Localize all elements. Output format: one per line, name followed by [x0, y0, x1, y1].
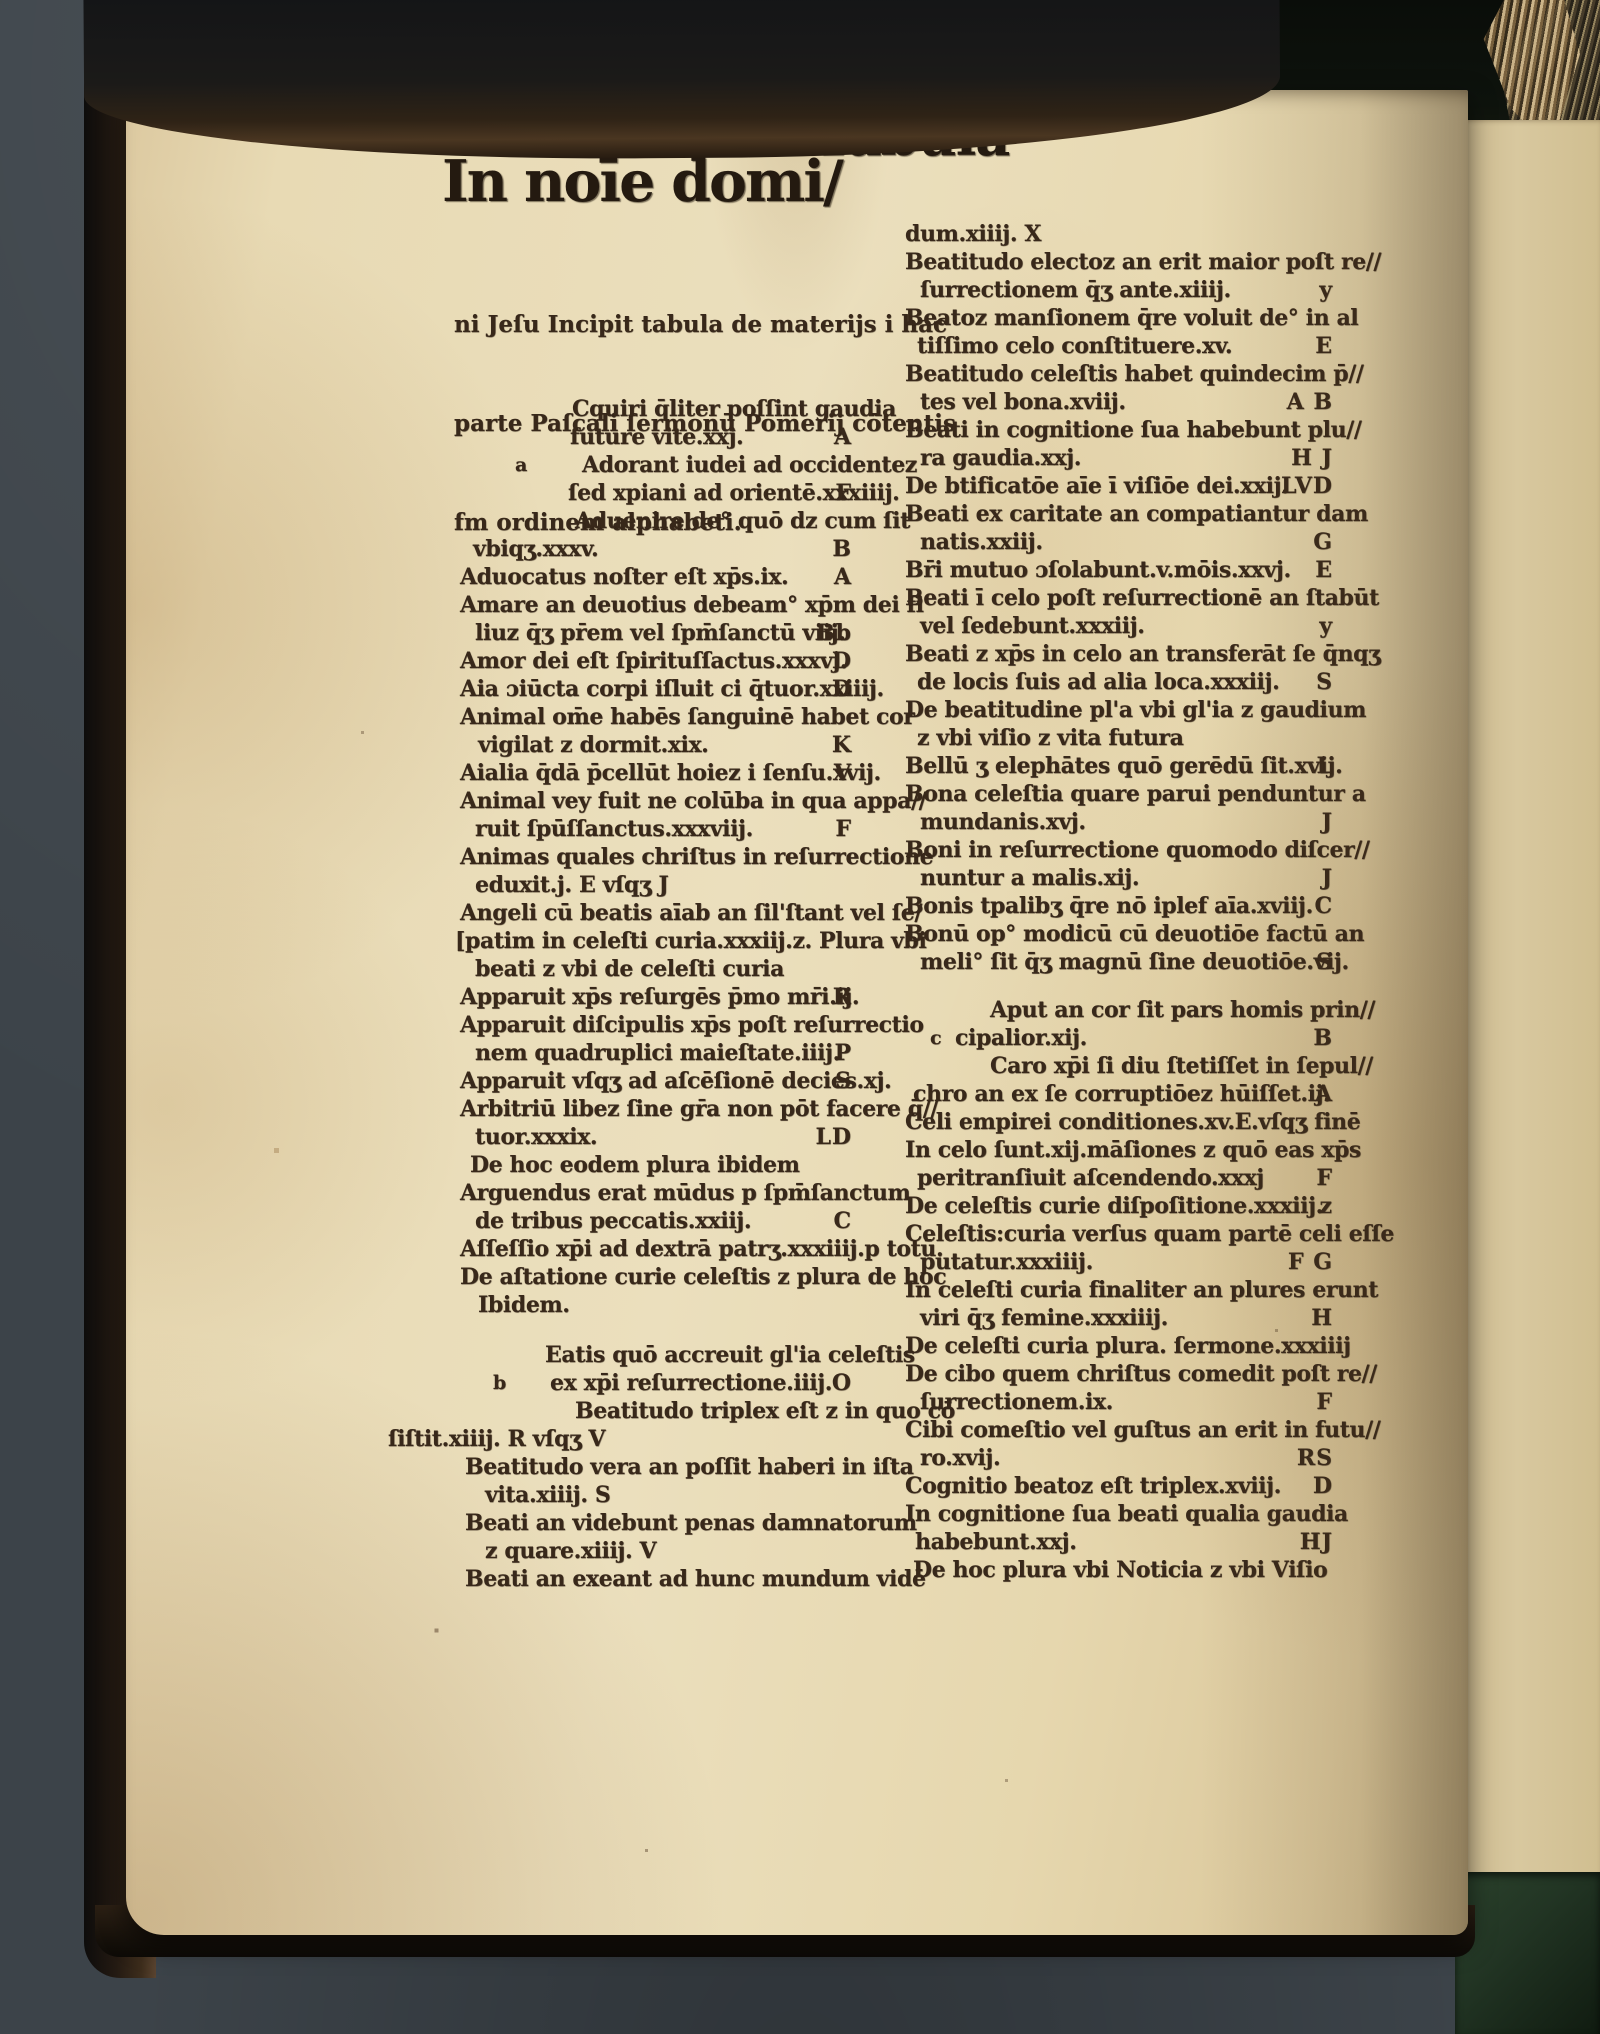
entry-text: Aia ɔiūcta corpi iſluit ci q̄tuor.xxiiij… — [460, 676, 884, 702]
leaf-reference-letter: E — [1315, 333, 1333, 359]
index-entry-line: Beatoz manſionem q̄re voluit de° in al — [905, 305, 1333, 333]
entry-text: Beatitudo vera an poſſit haberi in iſta — [465, 1454, 913, 1480]
index-entry-line: z quare.xiiij. V — [485, 1538, 852, 1566]
leaf-reference-letter: B — [1313, 1025, 1333, 1051]
entry-text: ro.xvij. — [920, 1445, 1000, 1471]
index-entry-line: Aduenire de° quō dz cum ſit — [575, 508, 852, 536]
leaf-reference-letter: RS — [1297, 1445, 1333, 1471]
index-entry-line: De celeſtis curie diſpoſitione.xxxiij.z — [905, 1193, 1333, 1221]
entry-text: Bona celeſtia quare parui penduntur a — [905, 781, 1366, 807]
entry-text: chro an ex ſe corruptiōez hūiſſet.ij. — [913, 1081, 1330, 1107]
entry-text: ſiſtit.xiiij. R vſqʒ V — [388, 1426, 605, 1452]
entry-text: ex xp̄i reſurrectione.iiij. — [550, 1370, 832, 1396]
entry-text: Celi empirei conditiones.xv.E.vſqʒ finē — [905, 1109, 1360, 1135]
entry-text: future vite.xxj. — [570, 424, 743, 450]
index-entry-line: Aduocatus noſter eſt xp̄s.ix.A — [460, 564, 852, 592]
index-entry-line: Eatis quō accreuit gl'ia celeſtis — [545, 1342, 852, 1370]
leaf-reference-letter: O — [832, 1370, 852, 1396]
entry-text: Apparuit diſcipulis xp̄s poſt reſurrecti… — [460, 1012, 924, 1038]
index-entry-line: vigilat z dormit.xix.K — [478, 732, 852, 760]
index-entry-line: peritranſiuit aſcendendo.xxxjF — [917, 1165, 1333, 1193]
entry-text: In cognitione ſua beati qualia gaudia — [905, 1501, 1348, 1527]
index-entry-line: Arbitriū libez ſine gr̄a non pōt facere … — [460, 1096, 852, 1124]
index-entry-line: vita.xiiij. S — [485, 1482, 852, 1510]
entry-text: Br̄i mutuo ɔſolabunt.v.mōis.xxvj. — [905, 557, 1291, 583]
leaf-reference-letter: F — [835, 480, 852, 506]
leaf-reference-letter: F — [835, 816, 852, 842]
index-entry-line: ccipalior.xij.B — [955, 1025, 1333, 1053]
entry-text: Ibidem. — [478, 1292, 570, 1318]
entry-text: Animas quales chriſtus in reſurrectione — [460, 844, 933, 870]
leaf-reference-letter: L — [1317, 753, 1333, 779]
leaf-reference-letter: A — [1315, 1081, 1333, 1107]
index-column-right: dum.xiiij. XBeatitudo electoz an erit ma… — [905, 221, 1333, 1585]
entry-text: vita.xiiij. S — [485, 1482, 610, 1508]
index-entry-line: Amare an deuotius debeam° xp̄m dei fi — [460, 592, 852, 620]
index-entry-line: Bellū ʒ elephātes quō gerēdū ſit.xvij.L — [905, 753, 1333, 781]
index-entry-line: ſed xpiani ad orientē.xxxiiij.F — [568, 480, 852, 508]
leaf-reference-letter: C — [1314, 893, 1333, 919]
entry-text: Beati an exeant ad hunc mundum vidē — [465, 1566, 926, 1592]
entry-text: Aialia q̄dā p̄cellūt hoiez i ſenſu.xvij. — [460, 760, 881, 786]
index-entry-line: De hoc plura vbi Noticia z vbi Viſio — [913, 1557, 1333, 1585]
index-entry-line: Cognitio beatoz eſt triplex.xviij.D — [905, 1473, 1333, 1501]
index-entry-line: Cquiri q̄liter poſſint gaudia — [572, 396, 852, 424]
leaf-reference-letter: F — [1316, 1389, 1333, 1415]
entry-text: vel ſedebunt.xxxiij. — [920, 613, 1145, 639]
entry-text: ſurrectionem.ix. — [920, 1389, 1113, 1415]
entry-text: Cquiri q̄liter poſſint gaudia — [572, 396, 896, 422]
leaf-reference-letter: B — [832, 536, 852, 562]
entry-text: Beatitudo triplex eſt z in quo cō — [575, 1398, 955, 1424]
index-entry-line: Apparuit vſqʒ ad aſcēſionē decies.xj.S — [460, 1068, 852, 1096]
index-entry-line: mundanis.xvj.J — [920, 809, 1333, 837]
entry-text: [patim in celeſti curia.xxxiij.z. Plura … — [455, 928, 926, 954]
entry-text: Eatis quō accreuit gl'ia celeſtis — [545, 1342, 915, 1368]
entry-text: Caro xp̄i ſi diu ſtetiſſet in ſepul// — [990, 1053, 1373, 1079]
index-entry-line: De hoc eodem plura ibidem — [470, 1152, 852, 1180]
entry-text: Aduocatus noſter eſt xp̄s.ix. — [460, 564, 788, 590]
index-entry-line: De beatitudine pl'a vbi gl'ia z gaudium — [905, 697, 1333, 725]
index-entry-line: tiſſimo celo conſtituere.xv.E — [917, 333, 1333, 361]
index-entry-line: dum.xiiij. X — [905, 221, 1333, 249]
index-entry-line: Cibi comeſtio vel guſtus an erit in futu… — [905, 1417, 1333, 1445]
index-entry-line: Beati ī celo poſt reſurrectionē an ſtabū… — [905, 585, 1333, 613]
entry-text: Beatoz manſionem q̄re voluit de° in al — [905, 305, 1358, 331]
entry-text: Beatitudo electoz an erit maior poſt re/… — [905, 249, 1381, 275]
index-entry-line: nem quadruplici maieſtate.iiij.P — [475, 1040, 852, 1068]
entry-text: Arbitriū libez ſine gr̄a non pōt facere … — [460, 1096, 938, 1122]
leaf-reference-letter: A B — [1287, 389, 1333, 415]
entry-text: De aſtatione curie celeſtis z plura de h… — [460, 1264, 946, 1290]
leaf-reference-letter: LD — [815, 1124, 852, 1150]
index-entry-line: Ibidem. — [478, 1292, 852, 1320]
index-entry-line: Apparuit xp̄s reſurgēs p̄mo mr̄i.ij.R — [460, 984, 852, 1012]
entry-text: Boni in reſurrectione quomodo diſcer// — [905, 837, 1370, 863]
leaf-reference-letter: A — [834, 564, 852, 590]
index-entry-line: z vbi viſio z vita futura — [917, 725, 1333, 753]
index-entry-line: habebunt.xxj.HJ — [915, 1529, 1333, 1557]
entry-text: De btificatōe aīe ī viſiōe dei.xxij. — [905, 473, 1288, 499]
index-entry-line: liuz q̄ʒ pr̄em vel ſpm̄ſanctū viij.Bb — [475, 620, 852, 648]
leaf-reference-letter: Bb — [816, 620, 852, 646]
entry-text: Beatitudo celeſtis habet quindecim p̄// — [905, 361, 1364, 387]
index-entry-line: meli° ſit q̄ʒ magnū ſine deuotiōe.vij.S — [920, 949, 1333, 977]
leaf-reference-letter: P — [834, 1040, 852, 1066]
main-page: Tabula In noīe domi/ ni Jeſu Incipit tab… — [126, 90, 1468, 1935]
entry-text: Bellū ʒ elephātes quō gerēdū ſit.xvij. — [905, 753, 1342, 779]
entry-text: Apparuit xp̄s reſurgēs p̄mo mr̄i.ij. — [460, 984, 859, 1010]
leaf-reference-letter: C — [833, 1208, 852, 1234]
index-entry-line: ſurrectionem.ix.F — [920, 1389, 1333, 1417]
index-entry-line: ſurrectionem q̄ʒ ante.xiiij.y — [920, 277, 1333, 305]
index-entry-line: [patim in celeſti curia.xxxiij.z. Plura … — [455, 928, 852, 956]
index-entry-line: Beati ex caritate an compatiantur dam — [905, 501, 1333, 529]
entry-text: viri q̄ʒ femine.xxxiiij. — [920, 1305, 1168, 1331]
entry-text: Aduenire de° quō dz cum ſit — [575, 508, 910, 534]
leaf-reference-letter: LVD — [1281, 473, 1333, 499]
entry-text: Animal om̄e habēs ſanguinē habet cor — [460, 704, 914, 730]
entry-text: tes vel bona.xviij. — [920, 389, 1126, 415]
index-entry-line: de locis ſuis ad alia loca.xxxiij.S — [917, 669, 1333, 697]
alphabet-guide-letter: a — [515, 454, 527, 476]
index-entry-line: chro an ex ſe corruptiōez hūiſſet.ij.A — [913, 1081, 1333, 1109]
index-entry-line: Animas quales chriſtus in reſurrectione — [460, 844, 852, 872]
leaf-reference-letter: J — [1322, 809, 1333, 835]
entry-text: tiſſimo celo conſtituere.xv. — [917, 333, 1232, 359]
facing-page-edge — [1462, 120, 1600, 1906]
index-entry-line: Animal om̄e habēs ſanguinē habet cor — [460, 704, 852, 732]
entry-text: eduxit.j. E vſqʒ J — [475, 872, 668, 898]
index-entry-line: bex xp̄i reſurrectione.iiij.O — [550, 1370, 852, 1398]
index-entry-line: ruit ſpūſſanctus.xxxviij.F — [475, 816, 852, 844]
entry-text: De hoc plura vbi Noticia z vbi Viſio — [913, 1557, 1327, 1583]
entry-text: In celeſti curia finaliter an plures eru… — [905, 1277, 1378, 1303]
index-entry-line: Br̄i mutuo ɔſolabunt.v.mōis.xxvj.E — [905, 557, 1333, 585]
leaf-reference-letter: F — [1316, 1165, 1333, 1191]
index-entry-line: Apparuit diſcipulis xp̄s poſt reſurrecti… — [460, 1012, 852, 1040]
index-entry-line: Animal vey fuit ne colūba in qua appa// — [460, 788, 852, 816]
entry-text: De hoc eodem plura ibidem — [470, 1152, 799, 1178]
entry-text: In celo ſunt.xij.māſiones z quō eas xp̄s — [905, 1137, 1361, 1163]
entry-text: cipalior.xij. — [955, 1025, 1087, 1051]
entry-text: Cibi comeſtio vel guſtus an erit in futu… — [905, 1417, 1380, 1443]
leaf-reference-letter: J — [1322, 865, 1333, 891]
entry-text: Animal vey fuit ne colūba in qua appa// — [460, 788, 926, 814]
index-entry-line: Caro xp̄i ſi diu ſtetiſſet in ſepul// — [990, 1053, 1333, 1081]
index-entry-line: de tribus peccatis.xxiij.C — [475, 1208, 852, 1236]
index-entry-line: Beati z xp̄s in celo an transferāt ſe q̄… — [905, 641, 1333, 669]
entry-text: ruit ſpūſſanctus.xxxviij. — [475, 816, 753, 842]
leaf-reference-letter: H — [1311, 1305, 1333, 1331]
entry-text: Bonū op° modicū cū deuotiōe factū an — [905, 921, 1364, 947]
green-cover-corner — [1455, 1872, 1600, 2034]
index-entry-line: Bonis tpalibʒ q̄re nō iplef aīa.xviij.C — [905, 893, 1333, 921]
entry-text: ra gaudia.xxj. — [920, 445, 1081, 471]
index-entry-line: tuor.xxxix.LD — [475, 1124, 852, 1152]
index-entry-line: De cibo quem chriſtus comedit poſt re// — [905, 1361, 1333, 1389]
entry-text: vbiqʒ.xxxv. — [473, 536, 598, 562]
index-entry-line: Celi empirei conditiones.xv.E.vſqʒ finē — [905, 1109, 1333, 1137]
index-entry-line: Beatitudo celeſtis habet quindecim p̄// — [905, 361, 1333, 389]
leaf-reference-letter: V — [834, 760, 852, 786]
entry-text: Beati z xp̄s in celo an transferāt ſe q̄… — [905, 641, 1380, 667]
index-entry-line: vel ſedebunt.xxxiij.y — [920, 613, 1333, 641]
index-entry-line: future vite.xxj.A — [570, 424, 852, 452]
entry-text: Cognitio beatoz eſt triplex.xviij. — [905, 1473, 1281, 1499]
entry-text: De beatitudine pl'a vbi gl'ia z gaudium — [905, 697, 1366, 723]
index-entry-line: Arguendus erat mūdus p ſpm̄ſanctum — [460, 1180, 852, 1208]
index-entry-line: aAdorant iudei ad occidentez — [582, 452, 852, 480]
index-entry-line: In cognitione ſua beati qualia gaudia — [905, 1501, 1333, 1529]
entry-text: De celeſti curia plura. ſermone.xxxiiij — [905, 1333, 1351, 1359]
entry-text: tuor.xxxix. — [475, 1124, 597, 1150]
entry-text: Angeli cū beatis aīab an ſil'ſtant vel ſ… — [460, 900, 922, 926]
entry-text: de locis ſuis ad alia loca.xxxiij. — [917, 669, 1279, 695]
index-entry-line: Beatitudo electoz an erit maior poſt re/… — [905, 249, 1333, 277]
leaf-reference-letter: S — [835, 1068, 852, 1094]
index-entry-line: vbiqʒ.xxxv.B — [473, 536, 852, 564]
alphabet-guide-letter: c — [930, 1027, 942, 1049]
index-entry-line: Aput an cor ſit pars homis prin// — [990, 997, 1333, 1025]
index-entry-line: tes vel bona.xviij.A B — [920, 389, 1333, 417]
entry-text: peritranſiuit aſcendendo.xxxj — [917, 1165, 1264, 1191]
entry-text: Aſſeſſio xp̄i ad dextrā patrʒ.xxxiiij.p … — [460, 1236, 943, 1262]
entry-text: Amor dei eſt ſpirituſſactus.xxxvj. — [460, 648, 847, 674]
index-entry-line: ra gaudia.xxj.H J — [920, 445, 1333, 473]
entry-text: dum.xiiij. X — [905, 221, 1041, 247]
index-entry-line: ro.xvij.RS — [920, 1445, 1333, 1473]
entry-text: natis.xxiij. — [920, 529, 1043, 555]
index-entry-line: Celeſtis:curia verſus quam partē celi eſ… — [905, 1221, 1333, 1249]
leaf-reference-letter: K — [832, 732, 852, 758]
index-column-left: Cquiri q̄liter poſſint gaudiafuture vite… — [460, 396, 852, 1594]
leaf-reference-letter: F G — [1288, 1249, 1333, 1275]
leaf-reference-letter: E — [1315, 557, 1333, 583]
entry-text: Arguendus erat mūdus p ſpm̄ſanctum — [460, 1180, 910, 1206]
leaf-reference-letter: HJ — [1300, 1529, 1333, 1555]
leaf-reference-letter: D — [832, 676, 852, 702]
entry-text: Aput an cor ſit pars homis prin// — [990, 997, 1375, 1023]
incipit-line: ni Jeſu Incipit tabula de materijs i hac — [454, 308, 956, 341]
entry-text: ſurrectionem q̄ʒ ante.xiiij. — [920, 277, 1231, 303]
index-entry-line: natis.xxiij.G — [920, 529, 1333, 557]
entry-text: putatur.xxxiiij. — [920, 1249, 1093, 1275]
index-entry-line: Beati an videbunt penas damnatorum — [465, 1510, 852, 1538]
index-entry-line: viri q̄ʒ femine.xxxiiij.H — [920, 1305, 1333, 1333]
index-entry-line: ſiſtit.xiiij. R vſqʒ V — [388, 1426, 852, 1454]
index-entry-line: De celeſti curia plura. ſermone.xxxiiij — [905, 1333, 1333, 1361]
index-entry-line: Beatitudo triplex eſt z in quo cō — [575, 1398, 852, 1426]
entry-text: Celeſtis:curia verſus quam partē celi eſ… — [905, 1221, 1394, 1247]
leaf-reference-letter: S — [1316, 669, 1333, 695]
entry-text: Amare an deuotius debeam° xp̄m dei fi — [460, 592, 924, 618]
entry-text: liuz q̄ʒ pr̄em vel ſpm̄ſanctū viij. — [475, 620, 845, 646]
entry-text: Beati in cognitione ſua habebunt plu// — [905, 417, 1362, 443]
index-entry-line: In celo ſunt.xij.māſiones z quō eas xp̄s — [905, 1137, 1333, 1165]
index-entry-line: Aſſeſſio xp̄i ad dextrā patrʒ.xxxiiij.p … — [460, 1236, 852, 1264]
leaf-reference-letter: y — [1319, 277, 1333, 303]
index-entry-line: Aialia q̄dā p̄cellūt hoiez i ſenſu.xvij.… — [460, 760, 852, 788]
entry-text: Beati ex caritate an compatiantur dam — [905, 501, 1368, 527]
entry-text: de tribus peccatis.xxiij. — [475, 1208, 751, 1234]
entry-text: mundanis.xvj. — [920, 809, 1086, 835]
leaf-reference-letter: A — [834, 424, 852, 450]
leaf-reference-letter: y — [1319, 613, 1333, 639]
index-entry-line: eduxit.j. E vſqʒ J — [475, 872, 852, 900]
entry-text: Beati ī celo poſt reſurrectionē an ſtabū… — [905, 585, 1379, 611]
entry-text: De cibo quem chriſtus comedit poſt re// — [905, 1361, 1377, 1387]
leaf-reference-letter: G — [1313, 529, 1333, 555]
index-entry-line: Beatitudo vera an poſſit haberi in iſta — [465, 1454, 852, 1482]
entry-text: Bonis tpalibʒ q̄re nō iplef aīa.xviij. — [905, 893, 1313, 919]
photograph-of-incunable-book: { "page": { "header": "Tabula", "heading… — [0, 0, 1600, 2034]
index-entry-line: Bona celeſtia quare parui penduntur a — [905, 781, 1333, 809]
index-entry-line: Boni in reſurrectione quomodo diſcer// — [905, 837, 1333, 865]
entry-text: Adorant iudei ad occidentez — [582, 452, 917, 478]
entry-text: beati z vbi de celeſti curia — [475, 956, 784, 982]
index-entry-line: De aſtatione curie celeſtis z plura de h… — [460, 1264, 852, 1292]
leaf-reference-letter: S — [1316, 949, 1333, 975]
entry-text: nem quadruplici maieſtate.iiij. — [475, 1040, 840, 1066]
entry-text: Apparuit vſqʒ ad aſcēſionē decies.xj. — [460, 1068, 891, 1094]
index-entry-line: In celeſti curia finaliter an plures eru… — [905, 1277, 1333, 1305]
index-entry-line: putatur.xxxiiij.F G — [920, 1249, 1333, 1277]
entry-text: z quare.xiiij. V — [485, 1538, 656, 1564]
entry-text: meli° ſit q̄ʒ magnū ſine deuotiōe.vij. — [920, 949, 1349, 975]
leaf-reference-letter: D — [1313, 1473, 1333, 1499]
index-entry-line: De btificatōe aīe ī viſiōe dei.xxij.LVD — [905, 473, 1333, 501]
leaf-reference-letter: D — [832, 648, 852, 674]
entry-text: De celeſtis curie diſpoſitione.xxxiij. — [905, 1193, 1323, 1219]
index-entry-line: Aia ɔiūcta corpi iſluit ci q̄tuor.xxiiij… — [460, 676, 852, 704]
index-entry-line: Bonū op° modicū cū deuotiōe factū an — [905, 921, 1333, 949]
entry-text: Beati an videbunt penas damnatorum — [465, 1510, 917, 1536]
entry-text: vigilat z dormit.xix. — [478, 732, 708, 758]
entry-text: nuntur a malis.xij. — [920, 865, 1139, 891]
index-entry-line: beati z vbi de celeſti curia — [475, 956, 852, 984]
alphabet-guide-letter: b — [493, 1372, 506, 1394]
entry-text: habebunt.xxj. — [915, 1529, 1076, 1555]
index-entry-line: Amor dei eſt ſpirituſſactus.xxxvj.D — [460, 648, 852, 676]
index-entry-line: Beati in cognitione ſua habebunt plu// — [905, 417, 1333, 445]
index-entry-line: Beati an exeant ad hunc mundum vidē — [465, 1566, 852, 1594]
index-entry-line: Angeli cū beatis aīab an ſil'ſtant vel ſ… — [460, 900, 852, 928]
entry-text: z vbi viſio z vita futura — [917, 725, 1183, 751]
leaf-reference-letter: z — [1320, 1193, 1334, 1219]
index-entry-line: nuntur a malis.xij.J — [920, 865, 1333, 893]
leaf-reference-letter: H J — [1291, 445, 1333, 471]
leaf-reference-letter: R — [833, 984, 852, 1010]
